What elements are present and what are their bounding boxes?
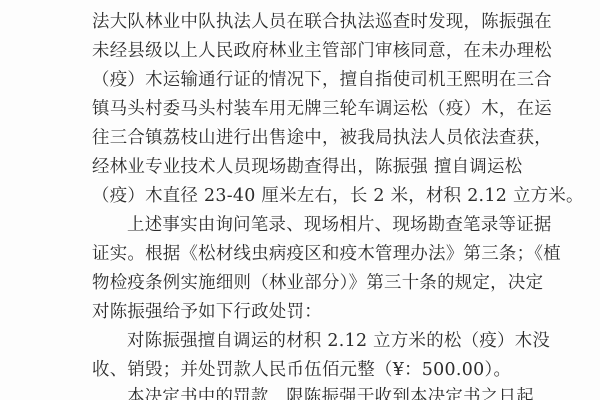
paragraph-start-line: 对陈振强擅自调运的材积 2.12 立方米的松（疫）木没 <box>127 330 510 352</box>
text-line: 收、销毁；并处罚款人民币伍佰元整（¥：500.00）。 <box>92 359 510 381</box>
text-line: 镇马头村委马头村装车用无牌三轮车调运松（疫）木，在运 <box>92 98 510 120</box>
text-line: 法大队林业中队执法人员在联合执法巡查时发现，陈振强在 <box>92 11 510 33</box>
text-line: 对陈振强给予如下行政处罚： <box>92 301 510 323</box>
text-line: 经林业专业技术人员现场勘查得出，陈振强 擅自调运松 <box>92 156 510 178</box>
text-line: 未经县级以上人民政府林业主管部门审核同意，在未办理松 <box>92 40 510 62</box>
paragraph-start-line: 本决定书中的罚款，限陈振强于收到本决定书之日起， <box>127 386 510 400</box>
text-line: （疫）木运输通行证的情况下，擅自指使司机王熙明在三合 <box>92 69 510 91</box>
text-line: 物检疫条例实施细则（林业部分）》第三十条的规定，决定 <box>92 272 510 294</box>
paragraph-start-line: 上述事实由询问笔录、现场相片、现场勘查笔录等证据 <box>127 214 510 236</box>
text-line: 往三合镇荔枝山进行出售途中，被我局执法人员依法查获， <box>92 127 510 149</box>
text-line: （疫）木直径 23-40 厘米左右，长 2 米，材积 2.12 立方米。 <box>92 185 510 207</box>
document-page: 法大队林业中队执法人员在联合执法巡查时发现，陈振强在 未经县级以上人民政府林业主… <box>0 0 600 400</box>
text-line: 证实。根据《松材线虫病疫区和疫木管理办法》第三条；《植 <box>92 243 510 265</box>
